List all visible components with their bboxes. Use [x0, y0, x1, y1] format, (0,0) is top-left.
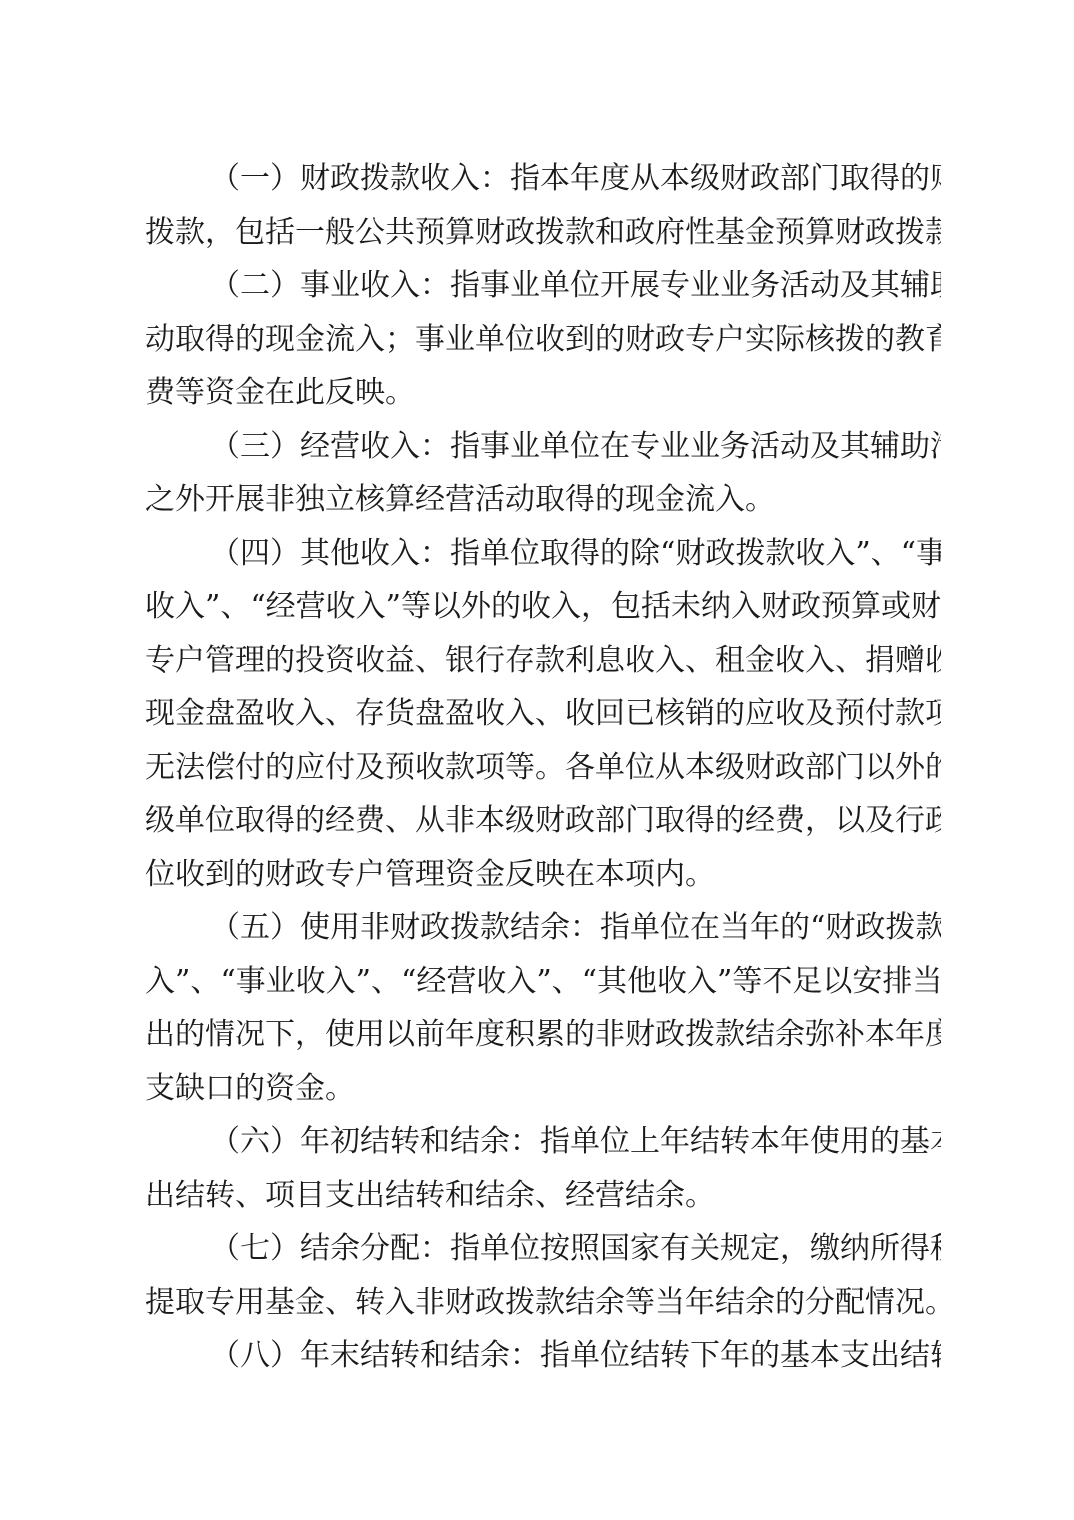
text-line: （一）财政拨款收入：指本年度从本级财政部门取得的财政	[145, 152, 941, 206]
text-line: 之外开展非独立核算经营活动取得的现金流入。	[145, 473, 941, 527]
paragraph-surplus-distribution: （七）结余分配：指单位按照国家有关规定，缴纳所得税、 提取专用基金、转入非财政拨…	[145, 1222, 941, 1329]
text-line: 专户管理的投资收益、银行存款利息收入、租金收入、捐赠收入，	[145, 634, 941, 688]
text-line: 动取得的现金流入；事业单位收到的财政专户实际核拨的教育收	[145, 313, 941, 367]
text-line: 入”、“事业收入”、“经营收入”、“其他收入”等不足以安排当年支	[145, 955, 941, 1009]
text-line: 出的情况下，使用以前年度积累的非财政拨款结余弥补本年度收	[145, 1008, 941, 1062]
paragraph-use-of-non-fiscal-surplus: （五）使用非财政拨款结余：指单位在当年的“财政拨款收 入”、“事业收入”、“经营…	[145, 901, 941, 1115]
paragraph-fiscal-appropriation-income: （一）财政拨款收入：指本年度从本级财政部门取得的财政 拨款，包括一般公共预算财政…	[145, 152, 941, 259]
text-line: （七）结余分配：指单位按照国家有关规定，缴纳所得税、	[145, 1222, 941, 1276]
text-line: （八）年末结转和结余：指单位结转下年的基本支出结转、	[145, 1329, 941, 1383]
paragraph-business-income: （二）事业收入：指事业单位开展专业业务活动及其辅助活 动取得的现金流入；事业单位…	[145, 259, 941, 420]
paragraph-other-income: （四）其他收入：指单位取得的除“财政拨款收入”、“事业 收入”、“经营收入”等以…	[145, 527, 941, 902]
text-line: （五）使用非财政拨款结余：指单位在当年的“财政拨款收	[145, 901, 941, 955]
text-line: 拨款，包括一般公共预算财政拨款和政府性基金预算财政拨款。	[145, 206, 941, 260]
paragraph-operating-income: （三）经营收入：指事业单位在专业业务活动及其辅助活动 之外开展非独立核算经营活动…	[145, 420, 941, 527]
text-line: （六）年初结转和结余：指单位上年结转本年使用的基本支	[145, 1115, 941, 1169]
paragraph-closing-carryover-and-surplus: （八）年末结转和结余：指单位结转下年的基本支出结转、	[145, 1329, 941, 1383]
text-line: 无法偿付的应付及预收款项等。各单位从本级财政部门以外的同	[145, 741, 941, 795]
text-line: 出结转、项目支出结转和结余、经营结余。	[145, 1169, 941, 1223]
text-line: 级单位取得的经费、从非本级财政部门取得的经费，以及行政单	[145, 794, 941, 848]
text-line: 支缺口的资金。	[145, 1062, 941, 1116]
text-line: 收入”、“经营收入”等以外的收入，包括未纳入财政预算或财政	[145, 580, 941, 634]
text-line: 提取专用基金、转入非财政拨款结余等当年结余的分配情况。	[145, 1276, 941, 1330]
text-line: （四）其他收入：指单位取得的除“财政拨款收入”、“事业	[145, 527, 941, 581]
text-line: （三）经营收入：指事业单位在专业业务活动及其辅助活动	[145, 420, 941, 474]
text-line: 现金盘盈收入、存货盘盈收入、收回已核销的应收及预付款项、	[145, 687, 941, 741]
paragraph-opening-carryover-and-surplus: （六）年初结转和结余：指单位上年结转本年使用的基本支 出结转、项目支出结转和结余…	[145, 1115, 941, 1222]
text-line: 费等资金在此反映。	[145, 366, 941, 420]
document-page: （一）财政拨款收入：指本年度从本级财政部门取得的财政 拨款，包括一般公共预算财政…	[145, 152, 941, 1383]
text-line: （二）事业收入：指事业单位开展专业业务活动及其辅助活	[145, 259, 941, 313]
text-line: 位收到的财政专户管理资金反映在本项内。	[145, 848, 941, 902]
